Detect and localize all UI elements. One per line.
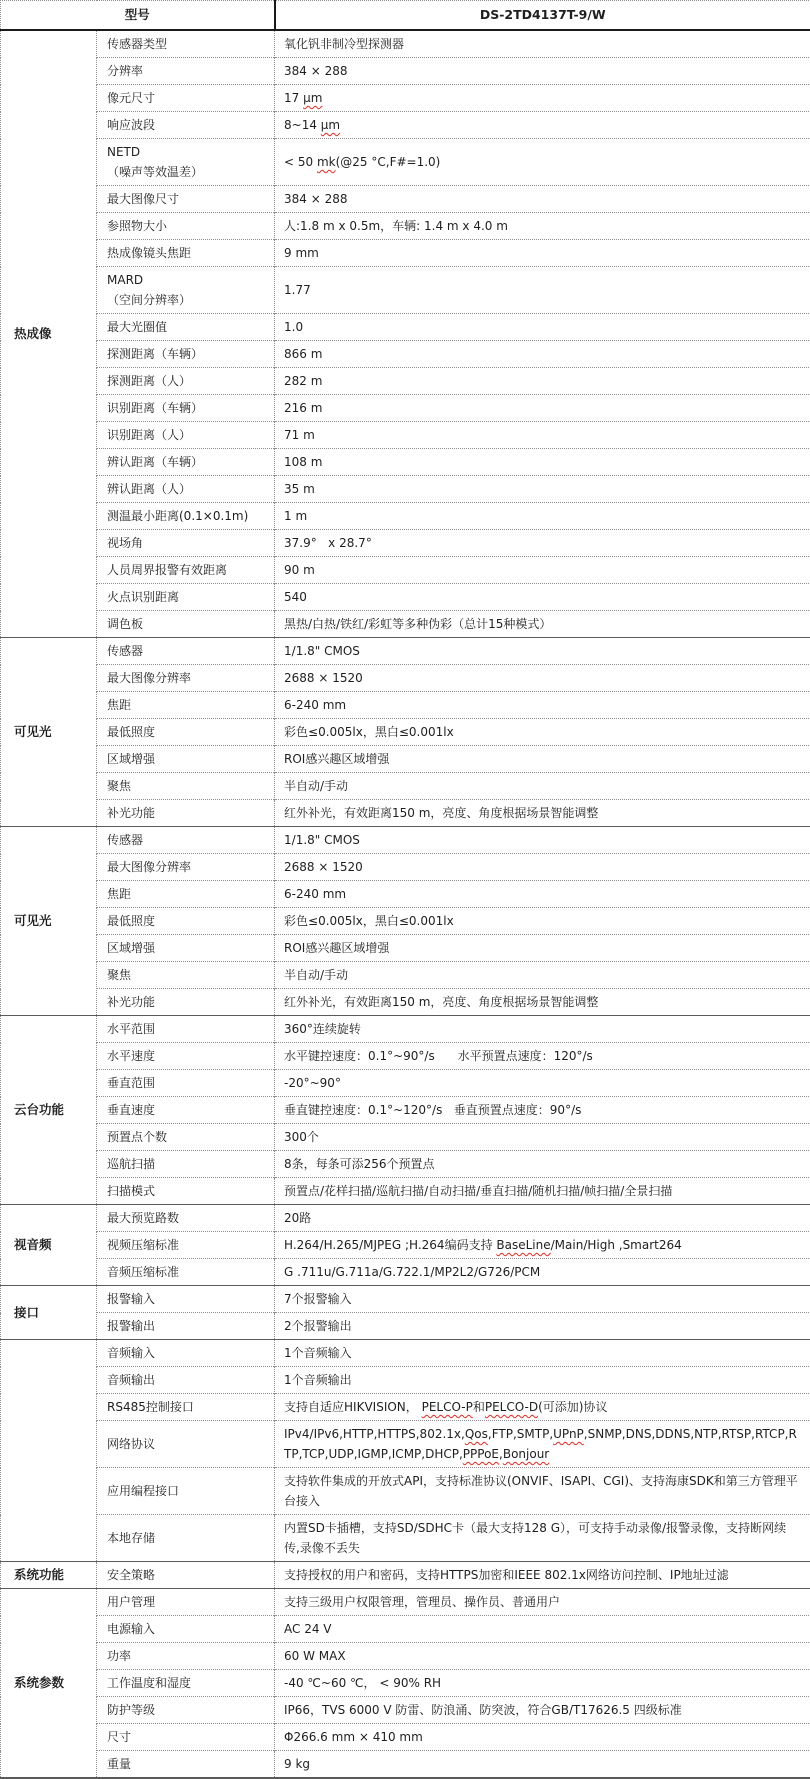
value-cell: 17 μm — [275, 85, 810, 112]
param-cell: 最大图像分辨率 — [97, 665, 275, 692]
spec-row: 区域增强ROI感兴趣区域增强 — [1, 746, 810, 773]
spec-row: 功率60 W MAX — [1, 1643, 810, 1670]
param-cell: 预置点个数 — [97, 1124, 275, 1151]
param-cell: 功率 — [97, 1643, 275, 1670]
spec-row: 补光功能红外补光，有效距离150 m，亮度、角度根据场景智能调整 — [1, 989, 810, 1016]
spec-row: 焦距6-240 mm — [1, 692, 810, 719]
param-cell: NETD （噪声等效温差） — [97, 139, 275, 186]
spec-row: 人员周界报警有效距离90 m — [1, 557, 810, 584]
param-cell: 火点识别距离 — [97, 584, 275, 611]
param-cell: 最低照度 — [97, 908, 275, 935]
value-cell: 垂直键控速度：0.1°~120°/s 垂直预置点速度：90°/s — [275, 1097, 810, 1124]
category-cell: 可见光 — [1, 827, 97, 1016]
value-cell: 60 W MAX — [275, 1643, 810, 1670]
param-cell: 电源输入 — [97, 1616, 275, 1643]
spec-row: 参照物大小人:1.8 m x 0.5m，车辆: 1.4 m x 4.0 m — [1, 213, 810, 240]
spec-row: 音频压缩标准G .711u/G.711a/G.722.1/MP2L2/G726/… — [1, 1259, 810, 1286]
spec-row: 聚焦半自动/手动 — [1, 773, 810, 800]
value-cell: < 50 mk(@25 °C,F#=1.0) — [275, 139, 810, 186]
value-cell: 支持软件集成的开放式API，支持标准协议(ONVIF、ISAPI、CGI)、支持… — [275, 1468, 810, 1515]
value-cell: 6-240 mm — [275, 881, 810, 908]
value-cell: 71 m — [275, 422, 810, 449]
spec-row: 热成像传感器类型氧化钒非制冷型探测器 — [1, 30, 810, 58]
spec-row: 辨认距离（车辆）108 m — [1, 449, 810, 476]
value-cell: 37.9° x 28.7° — [275, 530, 810, 557]
spec-row: 尺寸Φ266.6 mm × 410 mm — [1, 1724, 810, 1751]
spec-row: 焦距6-240 mm — [1, 881, 810, 908]
value-cell: 384 × 288 — [275, 58, 810, 85]
param-cell: 应用编程接口 — [97, 1468, 275, 1515]
spec-table: 型号 DS-2TD4137T-9/W 热成像传感器类型氧化钒非制冷型探测器分辨率… — [0, 0, 810, 1779]
spec-row: 最大图像尺寸384 × 288 — [1, 186, 810, 213]
param-cell: 最大图像尺寸 — [97, 186, 275, 213]
header-row: 型号 DS-2TD4137T-9/W — [1, 1, 810, 31]
param-cell: 焦距 — [97, 692, 275, 719]
category-cell: 系统参数 — [1, 1589, 97, 1779]
value-cell: 9 kg — [275, 1751, 810, 1779]
spec-row: 垂直范围-20°~90° — [1, 1070, 810, 1097]
category-cell: 系统功能 — [1, 1562, 97, 1589]
param-cell: 巡航扫描 — [97, 1151, 275, 1178]
spec-table-header: 型号 DS-2TD4137T-9/W — [1, 1, 810, 31]
spec-row: 垂直速度垂直键控速度：0.1°~120°/s 垂直预置点速度：90°/s — [1, 1097, 810, 1124]
spec-row: 系统功能安全策略支持授权的用户和密码，支持HTTPS加密和IEEE 802.1x… — [1, 1562, 810, 1589]
spellcheck-underline: PELCO-P — [422, 1400, 473, 1414]
spec-row: 热成像镜头焦距9 mm — [1, 240, 810, 267]
value-cell: IPv4/IPv6,HTTP,HTTPS,802.1x,Qos,FTP,SMTP… — [275, 1421, 810, 1468]
param-cell: 热成像镜头焦距 — [97, 240, 275, 267]
param-cell: 探测距离（人） — [97, 368, 275, 395]
param-cell: 识别距离（车辆） — [97, 395, 275, 422]
spec-row: 像元尺寸17 μm — [1, 85, 810, 112]
spec-row: 重量9 kg — [1, 1751, 810, 1779]
spec-row: 响应波段8~14 μm — [1, 112, 810, 139]
spec-row: 最大图像分辨率2688 × 1520 — [1, 665, 810, 692]
spec-row: 应用编程接口支持软件集成的开放式API，支持标准协议(ONVIF、ISAPI、C… — [1, 1468, 810, 1515]
value-cell: 384 × 288 — [275, 186, 810, 213]
spec-table-body: 热成像传感器类型氧化钒非制冷型探测器分辨率384 × 288像元尺寸17 μm响… — [1, 30, 810, 1778]
param-cell: 探测距离（车辆） — [97, 341, 275, 368]
spellcheck-underline: μm — [321, 118, 340, 132]
param-cell: 人员周界报警有效距离 — [97, 557, 275, 584]
param-cell: 区域增强 — [97, 746, 275, 773]
spec-row: 网络协议IPv4/IPv6,HTTP,HTTPS,802.1x,Qos,FTP,… — [1, 1421, 810, 1468]
param-cell: MARD （空间分辨率） — [97, 267, 275, 314]
spec-row: 巡航扫描8条，每条可添256个预置点 — [1, 1151, 810, 1178]
param-cell: 视频压缩标准 — [97, 1232, 275, 1259]
param-cell: 报警输出 — [97, 1313, 275, 1340]
value-cell: -40 ℃~60 ℃， < 90% RH — [275, 1670, 810, 1697]
spec-row: 工作温度和湿度-40 ℃~60 ℃， < 90% RH — [1, 1670, 810, 1697]
value-cell: ROI感兴趣区域增强 — [275, 746, 810, 773]
value-cell: IP66，TVS 6000 V 防雷、防浪涌、防突波，符合GB/T17626.5… — [275, 1697, 810, 1724]
value-cell: 20路 — [275, 1205, 810, 1232]
spellcheck-underline: BaseLine — [496, 1238, 550, 1252]
value-cell: 预置点/花样扫描/巡航扫描/自动扫描/垂直扫描/随机扫描/帧扫描/全景扫描 — [275, 1178, 810, 1205]
param-cell: RS485控制接口 — [97, 1394, 275, 1421]
category-cell: 视音频 — [1, 1205, 97, 1286]
param-cell: 参照物大小 — [97, 213, 275, 240]
spellcheck-underline: mk — [317, 155, 336, 169]
value-cell: H.264/H.265/MJPEG ;H.264编码支持 BaseLine/Ma… — [275, 1232, 810, 1259]
value-cell: 人:1.8 m x 0.5m，车辆: 1.4 m x 4.0 m — [275, 213, 810, 240]
value-cell: 水平键控速度：0.1°~90°/s 水平预置点速度：120°/s — [275, 1043, 810, 1070]
param-cell: 测温最小距离(0.1×0.1m) — [97, 503, 275, 530]
value-cell: 8~14 μm — [275, 112, 810, 139]
value-cell: 2个报警输出 — [275, 1313, 810, 1340]
category-cell: 云台功能 — [1, 1016, 97, 1205]
value-cell: 1.0 — [275, 314, 810, 341]
value-cell: 1.77 — [275, 267, 810, 314]
value-cell: 8条，每条可添256个预置点 — [275, 1151, 810, 1178]
spec-row: 最低照度彩色≤0.005lx，黑白≤0.001lx — [1, 719, 810, 746]
value-cell: 108 m — [275, 449, 810, 476]
param-cell: 音频压缩标准 — [97, 1259, 275, 1286]
param-cell: 区域增强 — [97, 935, 275, 962]
spec-row: 报警输出2个报警输出 — [1, 1313, 810, 1340]
spellcheck-underline: μm — [303, 91, 322, 105]
param-cell: 最大预览路数 — [97, 1205, 275, 1232]
value-cell: 1/1.8" CMOS — [275, 638, 810, 665]
spec-row: 音频输出1个音频输出 — [1, 1367, 810, 1394]
param-cell: 分辨率 — [97, 58, 275, 85]
value-cell: 2688 × 1520 — [275, 854, 810, 881]
value-cell: Φ266.6 mm × 410 mm — [275, 1724, 810, 1751]
spec-row: 测温最小距离(0.1×0.1m)1 m — [1, 503, 810, 530]
value-cell: 红外补光，有效距离150 m，亮度、角度根据场景智能调整 — [275, 800, 810, 827]
spec-row: 火点识别距离540 — [1, 584, 810, 611]
category-cell — [1, 1340, 97, 1562]
param-cell: 音频输出 — [97, 1367, 275, 1394]
param-cell: 传感器 — [97, 827, 275, 854]
spec-row: 辨认距离（人）35 m — [1, 476, 810, 503]
spec-row: 聚焦半自动/手动 — [1, 962, 810, 989]
value-cell: 彩色≤0.005lx，黑白≤0.001lx — [275, 908, 810, 935]
value-cell: 红外补光，有效距离150 m，亮度、角度根据场景智能调整 — [275, 989, 810, 1016]
spec-row: 最大光圈值1.0 — [1, 314, 810, 341]
spec-row: 可见光传感器1/1.8" CMOS — [1, 827, 810, 854]
param-cell: 聚焦 — [97, 962, 275, 989]
spec-row: 分辨率384 × 288 — [1, 58, 810, 85]
spec-row: 最大图像分辨率2688 × 1520 — [1, 854, 810, 881]
spec-row: 水平速度水平键控速度：0.1°~90°/s 水平预置点速度：120°/s — [1, 1043, 810, 1070]
spec-row: RS485控制接口支持自适应HIKVISION， PELCO-P和PELCO-D… — [1, 1394, 810, 1421]
value-cell: 9 mm — [275, 240, 810, 267]
param-cell: 垂直速度 — [97, 1097, 275, 1124]
value-cell: 866 m — [275, 341, 810, 368]
value-cell: 360°连续旋转 — [275, 1016, 810, 1043]
param-cell: 像元尺寸 — [97, 85, 275, 112]
value-cell: 6-240 mm — [275, 692, 810, 719]
param-cell: 水平速度 — [97, 1043, 275, 1070]
param-cell: 网络协议 — [97, 1421, 275, 1468]
spellcheck-underline: UPnP — [553, 1427, 584, 1441]
value-cell: 支持授权的用户和密码，支持HTTPS加密和IEEE 802.1x网络访问控制、I… — [275, 1562, 810, 1589]
param-cell: 辨认距离（车辆） — [97, 449, 275, 476]
spec-row: 云台功能水平范围360°连续旋转 — [1, 1016, 810, 1043]
category-cell: 接口 — [1, 1286, 97, 1340]
spellcheck-underline: Bonjour — [503, 1447, 549, 1461]
spec-row: 补光功能红外补光，有效距离150 m，亮度、角度根据场景智能调整 — [1, 800, 810, 827]
spec-row: 系统参数用户管理支持三级用户权限管理，管理员、操作员、普通用户 — [1, 1589, 810, 1616]
param-cell: 补光功能 — [97, 989, 275, 1016]
spec-row: 可见光传感器1/1.8" CMOS — [1, 638, 810, 665]
value-cell: 1个音频输出 — [275, 1367, 810, 1394]
spec-row: 探测距离（车辆）866 m — [1, 341, 810, 368]
model-value-cell: DS-2TD4137T-9/W — [275, 1, 810, 31]
param-cell: 报警输入 — [97, 1286, 275, 1313]
category-cell: 热成像 — [1, 30, 97, 638]
param-cell: 传感器 — [97, 638, 275, 665]
value-cell: -20°~90° — [275, 1070, 810, 1097]
spec-row: 接口报警输入7个报警输入 — [1, 1286, 810, 1313]
spellcheck-underline: PELCO-D — [485, 1400, 538, 1414]
value-cell: G .711u/G.711a/G.722.1/MP2L2/G726/PCM — [275, 1259, 810, 1286]
spec-row: 防护等级IP66，TVS 6000 V 防雷、防浪涌、防突波，符合GB/T176… — [1, 1697, 810, 1724]
value-cell: 支持三级用户权限管理，管理员、操作员、普通用户 — [275, 1589, 810, 1616]
param-cell: 响应波段 — [97, 112, 275, 139]
value-cell: 216 m — [275, 395, 810, 422]
spec-row: 本地存储内置SD卡插槽，支持SD/SDHC卡（最大支持128 G），可支持手动录… — [1, 1515, 810, 1562]
spec-row: NETD （噪声等效温差）< 50 mk(@25 °C,F#=1.0) — [1, 139, 810, 186]
param-cell: 垂直范围 — [97, 1070, 275, 1097]
param-cell: 焦距 — [97, 881, 275, 908]
spellcheck-underline: PPPoE — [463, 1447, 499, 1461]
value-cell: 半自动/手动 — [275, 962, 810, 989]
spec-row: 最低照度彩色≤0.005lx，黑白≤0.001lx — [1, 908, 810, 935]
value-cell: 7个报警输入 — [275, 1286, 810, 1313]
spec-row: 视频压缩标准H.264/H.265/MJPEG ;H.264编码支持 BaseL… — [1, 1232, 810, 1259]
param-cell: 工作温度和湿度 — [97, 1670, 275, 1697]
param-cell: 调色板 — [97, 611, 275, 638]
value-cell: 90 m — [275, 557, 810, 584]
spec-row: 预置点个数300个 — [1, 1124, 810, 1151]
param-cell: 最大光圈值 — [97, 314, 275, 341]
spec-row: 视音频最大预览路数20路 — [1, 1205, 810, 1232]
model-label-cell: 型号 — [1, 1, 275, 31]
value-cell: 540 — [275, 584, 810, 611]
param-cell: 视场角 — [97, 530, 275, 557]
value-cell: AC 24 V — [275, 1616, 810, 1643]
value-cell: ROI感兴趣区域增强 — [275, 935, 810, 962]
param-cell: 水平范围 — [97, 1016, 275, 1043]
param-cell: 辨认距离（人） — [97, 476, 275, 503]
spec-row: MARD （空间分辨率）1.77 — [1, 267, 810, 314]
param-cell: 扫描模式 — [97, 1178, 275, 1205]
param-cell: 用户管理 — [97, 1589, 275, 1616]
value-cell: 282 m — [275, 368, 810, 395]
param-cell: 本地存储 — [97, 1515, 275, 1562]
value-cell: 内置SD卡插槽，支持SD/SDHC卡（最大支持128 G），可支持手动录像/报警… — [275, 1515, 810, 1562]
param-cell: 补光功能 — [97, 800, 275, 827]
category-cell: 可见光 — [1, 638, 97, 827]
spec-row: 音频输入1个音频输入 — [1, 1340, 810, 1367]
spec-row: 区域增强ROI感兴趣区域增强 — [1, 935, 810, 962]
value-cell: 35 m — [275, 476, 810, 503]
spec-row: 视场角37.9° x 28.7° — [1, 530, 810, 557]
value-cell: 2688 × 1520 — [275, 665, 810, 692]
param-cell: 识别距离（人） — [97, 422, 275, 449]
param-cell: 防护等级 — [97, 1697, 275, 1724]
spec-row: 识别距离（人）71 m — [1, 422, 810, 449]
param-cell: 聚焦 — [97, 773, 275, 800]
spellcheck-underline: Qos — [465, 1427, 488, 1441]
param-cell: 最大图像分辨率 — [97, 854, 275, 881]
spec-row: 调色板黑热/白热/铁红/彩虹等多种伪彩（总计15种模式） — [1, 611, 810, 638]
param-cell: 最低照度 — [97, 719, 275, 746]
value-cell: 黑热/白热/铁红/彩虹等多种伪彩（总计15种模式） — [275, 611, 810, 638]
value-cell: 氧化钒非制冷型探测器 — [275, 30, 810, 58]
param-cell: 重量 — [97, 1751, 275, 1779]
value-cell: 1个音频输入 — [275, 1340, 810, 1367]
value-cell: 半自动/手动 — [275, 773, 810, 800]
value-cell: 彩色≤0.005lx，黑白≤0.001lx — [275, 719, 810, 746]
spec-row: 扫描模式预置点/花样扫描/巡航扫描/自动扫描/垂直扫描/随机扫描/帧扫描/全景扫… — [1, 1178, 810, 1205]
value-cell: 300个 — [275, 1124, 810, 1151]
param-cell: 安全策略 — [97, 1562, 275, 1589]
spec-row: 电源输入AC 24 V — [1, 1616, 810, 1643]
param-cell: 尺寸 — [97, 1724, 275, 1751]
spec-row: 探测距离（人）282 m — [1, 368, 810, 395]
value-cell: 支持自适应HIKVISION， PELCO-P和PELCO-D(可添加)协议 — [275, 1394, 810, 1421]
spec-row: 识别距离（车辆）216 m — [1, 395, 810, 422]
param-cell: 音频输入 — [97, 1340, 275, 1367]
value-cell: 1/1.8" CMOS — [275, 827, 810, 854]
param-cell: 传感器类型 — [97, 30, 275, 58]
value-cell: 1 m — [275, 503, 810, 530]
